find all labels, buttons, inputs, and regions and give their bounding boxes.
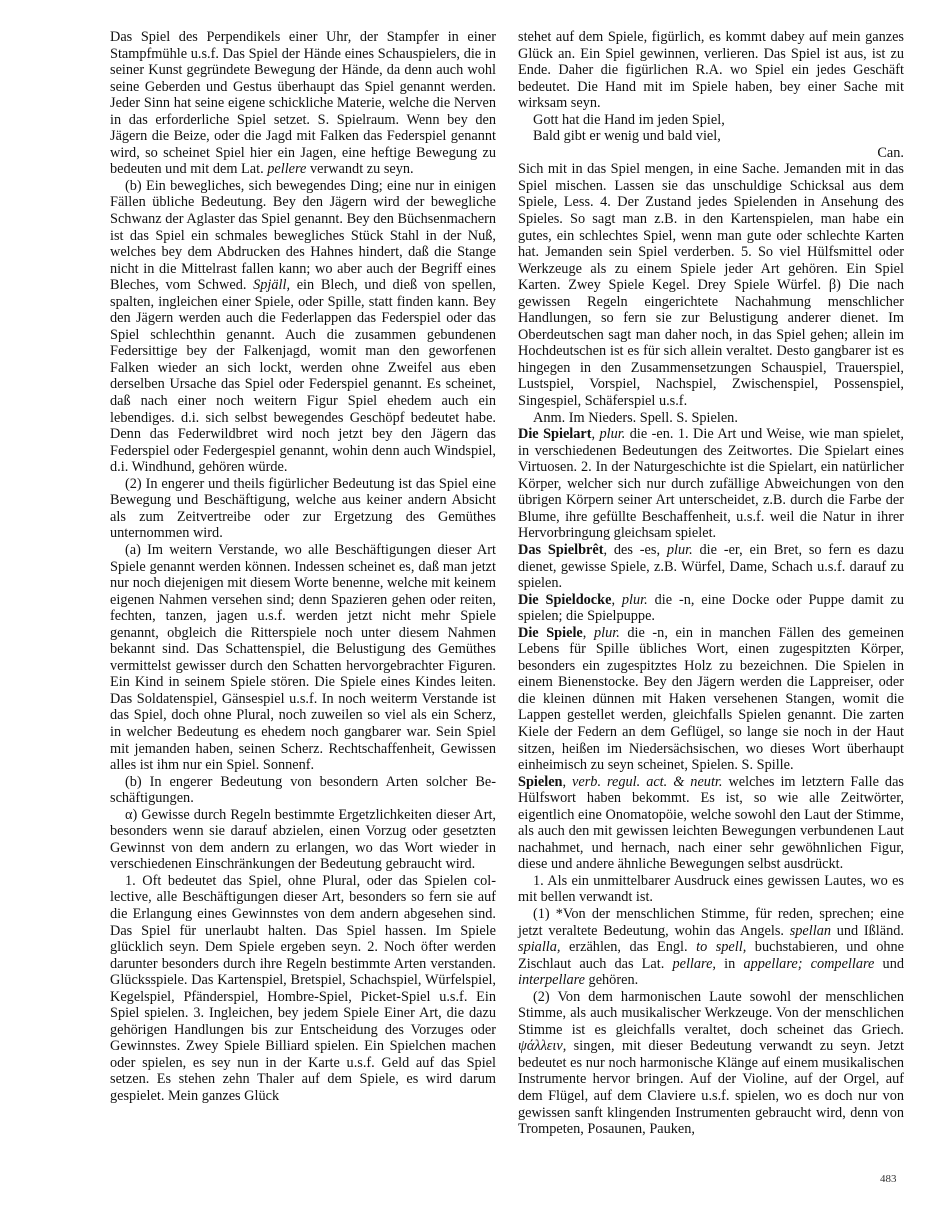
paragraph: (1) *Von der menschlichen Stimme, für re… (518, 906, 904, 989)
italic-text: spellan (790, 923, 831, 939)
paragraph: Bald gibt er wenig und bald viel, (518, 128, 904, 145)
paragraph: (b) Ein bewegliches, sich bewegendes Din… (110, 178, 496, 476)
entry-headword: Das Spielbrêt (518, 542, 603, 558)
paragraph: Die Spiele, plur. die -n, ein in manchen… (518, 625, 904, 774)
italic-text: spialla, (518, 939, 561, 955)
italic-text: to spell, (696, 939, 746, 955)
text-run: die -n, ein in manchen Fällen des gemein… (518, 625, 904, 773)
italic-text: plur. (622, 592, 648, 608)
paragraph: Das Spielbrêt, des -es, plur. die -er, e… (518, 542, 904, 592)
paragraph: Das Spiel des Perpendikels einer Uhr, de… (110, 29, 496, 178)
italic-text: interpellare (518, 972, 585, 988)
paragraph: Anm. Im Nieders. Spell. S. Spielen. (518, 410, 904, 427)
text-run: erzählen, das Engl. (561, 939, 697, 955)
text-run: (2) Von dem harmonischen Laute sowohl de… (518, 989, 904, 1038)
paragraph: (b) In engerer Bedeutung von besondern A… (110, 774, 496, 807)
text-run: verwandt zu seyn. (306, 161, 413, 177)
right-column: stehet auf dem Spiele, figürlich, es kom… (518, 29, 904, 1138)
text-run: stehet auf dem Spiele, figürlich, es kom… (518, 29, 904, 111)
left-column: Das Spiel des Perpendikels einer Uhr, de… (110, 29, 496, 1105)
entry-headword: Die Spieldocke (518, 592, 611, 608)
text-run: (2) In engerer und theils figürlicher Be… (110, 476, 496, 542)
paragraph: Die Spielart, plur. die -en. 1. Die Art … (518, 426, 904, 542)
italic-text: verb. regul. act. & neutr. (572, 774, 722, 790)
text-run: und (874, 956, 904, 972)
text-run: 1. Oft bedeutet das Spiel, ohne Plural, … (110, 873, 496, 1104)
text-run: Bald gibt er wenig und bald viel, (533, 128, 721, 144)
paragraph: α) Gewisse durch Regeln bestimmte Ergetz… (110, 807, 496, 873)
entry-headword: Die Spielart (518, 426, 592, 442)
paragraph: Sich mit in das Spiel mengen, in eine Sa… (518, 161, 904, 409)
text-run: α) Gewisse durch Regeln bestimmte Ergetz… (110, 807, 496, 873)
paragraph: Can. (518, 145, 904, 162)
text-run: , (583, 625, 594, 641)
text-run: , (611, 592, 621, 608)
text-run: ein Blech, und dieß von spellen, spalten… (110, 277, 496, 475)
italic-text: appellare; compellare (743, 956, 874, 972)
paragraph: 1. Oft bedeutet das Spiel, ohne Plural, … (110, 873, 496, 1105)
text-run: und Ißländ. (831, 923, 904, 939)
text-run: gehören. (585, 972, 638, 988)
entry-headword: Spielen (518, 774, 563, 790)
italic-text: plur. (600, 426, 626, 442)
italic-text: plur. (667, 542, 693, 558)
paragraph: Spielen, verb. regul. act. & neutr. welc… (518, 774, 904, 873)
paragraph: (2) Von dem harmonischen Laute sowohl de… (518, 989, 904, 1138)
text-run: (a) Im weitern Verstande, wo alle Beschä… (110, 542, 496, 773)
text-run: 1. Als ein unmittelbarer Ausdruck eines … (518, 873, 904, 906)
text-run: , (563, 774, 573, 790)
text-run: (b) In engerer Bedeutung von besondern A… (110, 774, 496, 807)
paragraph: stehet auf dem Spiele, figürlich, es kom… (518, 29, 904, 112)
paragraph: Gott hat die Hand im jeden Spiel, (518, 112, 904, 129)
page-number: 483 (880, 1171, 897, 1188)
text-run: Sich mit in das Spiel mengen, in eine Sa… (518, 161, 904, 409)
entry-headword: Die Spiele (518, 625, 583, 641)
italic-text: pellare, (672, 956, 716, 972)
text-run: , des -es, (603, 542, 666, 558)
paragraph: 1. Als ein unmittelbarer Ausdruck eines … (518, 873, 904, 906)
italic-text: ψάλλειν, (518, 1038, 566, 1054)
text-run: Anm. Im Nieders. Spell. S. Spielen. (533, 410, 738, 426)
italic-text: Spjäll, (253, 277, 290, 293)
paragraph: (2) In engerer und theils figürlicher Be… (110, 476, 496, 542)
paragraph: (a) Im weitern Verstande, wo alle Beschä… (110, 542, 496, 774)
italic-text: pellere (267, 161, 306, 177)
text-run: in (716, 956, 743, 972)
text-run: (b) Ein bewegliches, sich bewegendes Din… (110, 178, 496, 293)
text-run: Gott hat die Hand im jeden Spiel, (533, 112, 725, 128)
italic-text: plur. (594, 625, 620, 641)
text-run: Can. (877, 145, 904, 161)
text-run: die -en. 1. Die Art und Weise, wie man s… (518, 426, 904, 541)
dictionary-page: Das Spiel des Perpendikels einer Uhr, de… (0, 0, 935, 1210)
text-run: singen, mit dieser Bedeutung verwandt zu… (518, 1038, 904, 1137)
text-run: , (592, 426, 600, 442)
paragraph: Die Spieldocke, plur. die -n, eine Docke… (518, 592, 904, 625)
text-run: Das Spiel des Perpendikels einer Uhr, de… (110, 29, 496, 177)
